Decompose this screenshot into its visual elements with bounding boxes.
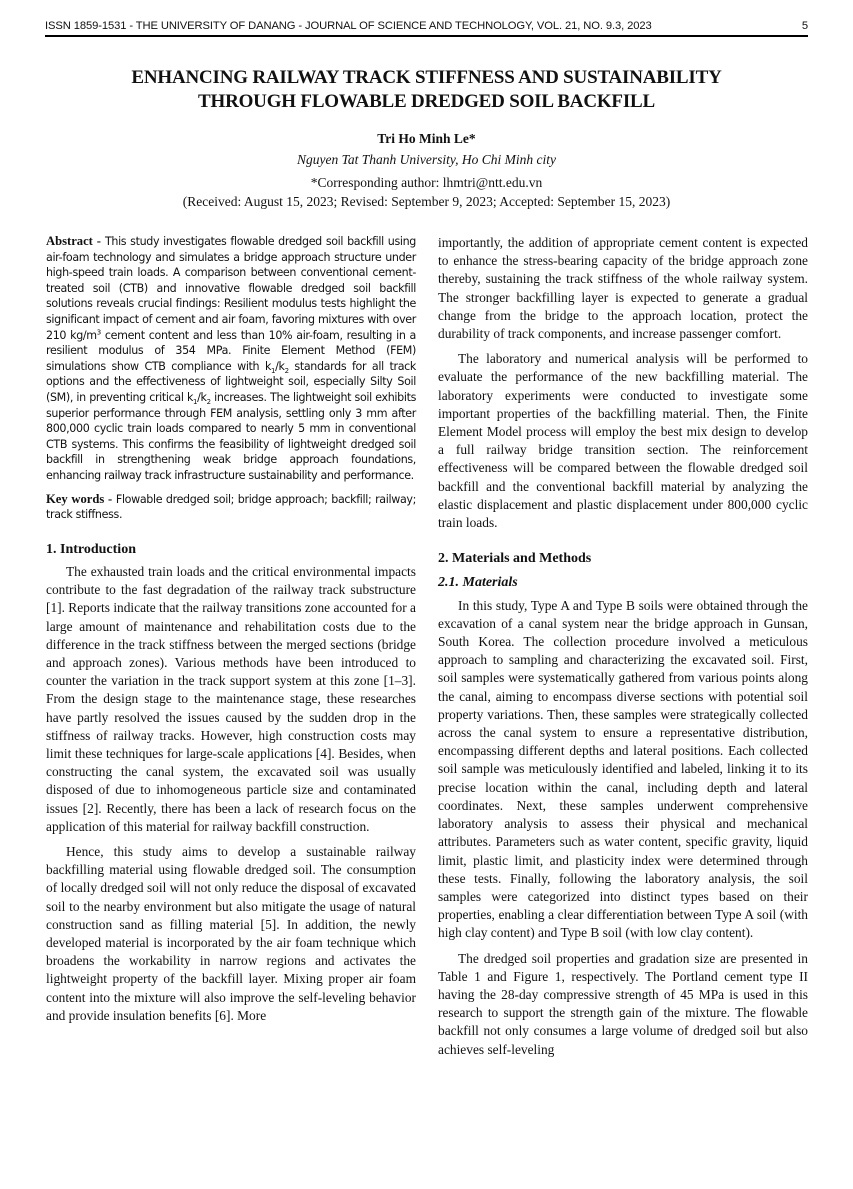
right-column: importantly, the addition of appropriate…	[438, 234, 808, 1066]
author-name: Tri Ho Minh Le*	[40, 131, 813, 147]
section-heading-introduction: 1. Introduction	[46, 541, 416, 559]
paragraph: The exhausted train loads and the critic…	[46, 563, 416, 836]
keywords: Key words - Flowable dredged soil; bridg…	[46, 492, 416, 523]
title-block: ENHANCING RAILWAY TRACK STIFFNESS AND SU…	[40, 66, 813, 210]
subsection-heading-materials: 2.1. Materials	[438, 574, 808, 592]
section-heading-materials-methods: 2. Materials and Methods	[438, 550, 808, 568]
page-number: 5	[802, 20, 808, 32]
paragraph: In this study, Type A and Type B soils w…	[438, 597, 808, 943]
abstract: Abstract - This study investigates flowa…	[46, 234, 416, 484]
title-line-1: ENHANCING RAILWAY TRACK STIFFNESS AND SU…	[131, 67, 721, 88]
affiliation: Nguyen Tat Thanh University, Ho Chi Minh…	[40, 152, 813, 168]
corresponding-author: *Corresponding author: lhmtri@ntt.edu.vn	[40, 175, 813, 191]
keywords-label: Key words -	[46, 492, 112, 506]
paragraph: The dredged soil properties and gradatio…	[438, 950, 808, 1059]
submission-dates: (Received: August 15, 2023; Revised: Sep…	[40, 194, 813, 210]
paragraph: The laboratory and numerical analysis wi…	[438, 350, 808, 532]
journal-line: ISSN 1859-1531 - THE UNIVERSITY OF DANAN…	[45, 20, 652, 32]
title-line-2: THROUGH FLOWABLE DREDGED SOIL BACKFILL	[198, 91, 655, 112]
paragraph-continued: importantly, the addition of appropriate…	[438, 234, 808, 343]
abstract-label: Abstract -	[46, 234, 101, 248]
running-header: ISSN 1859-1531 - THE UNIVERSITY OF DANAN…	[45, 20, 808, 37]
paper-title: ENHANCING RAILWAY TRACK STIFFNESS AND SU…	[40, 66, 813, 114]
left-column: Abstract - This study investigates flowa…	[46, 234, 416, 1032]
paragraph: Hence, this study aims to develop a sust…	[46, 843, 416, 1025]
